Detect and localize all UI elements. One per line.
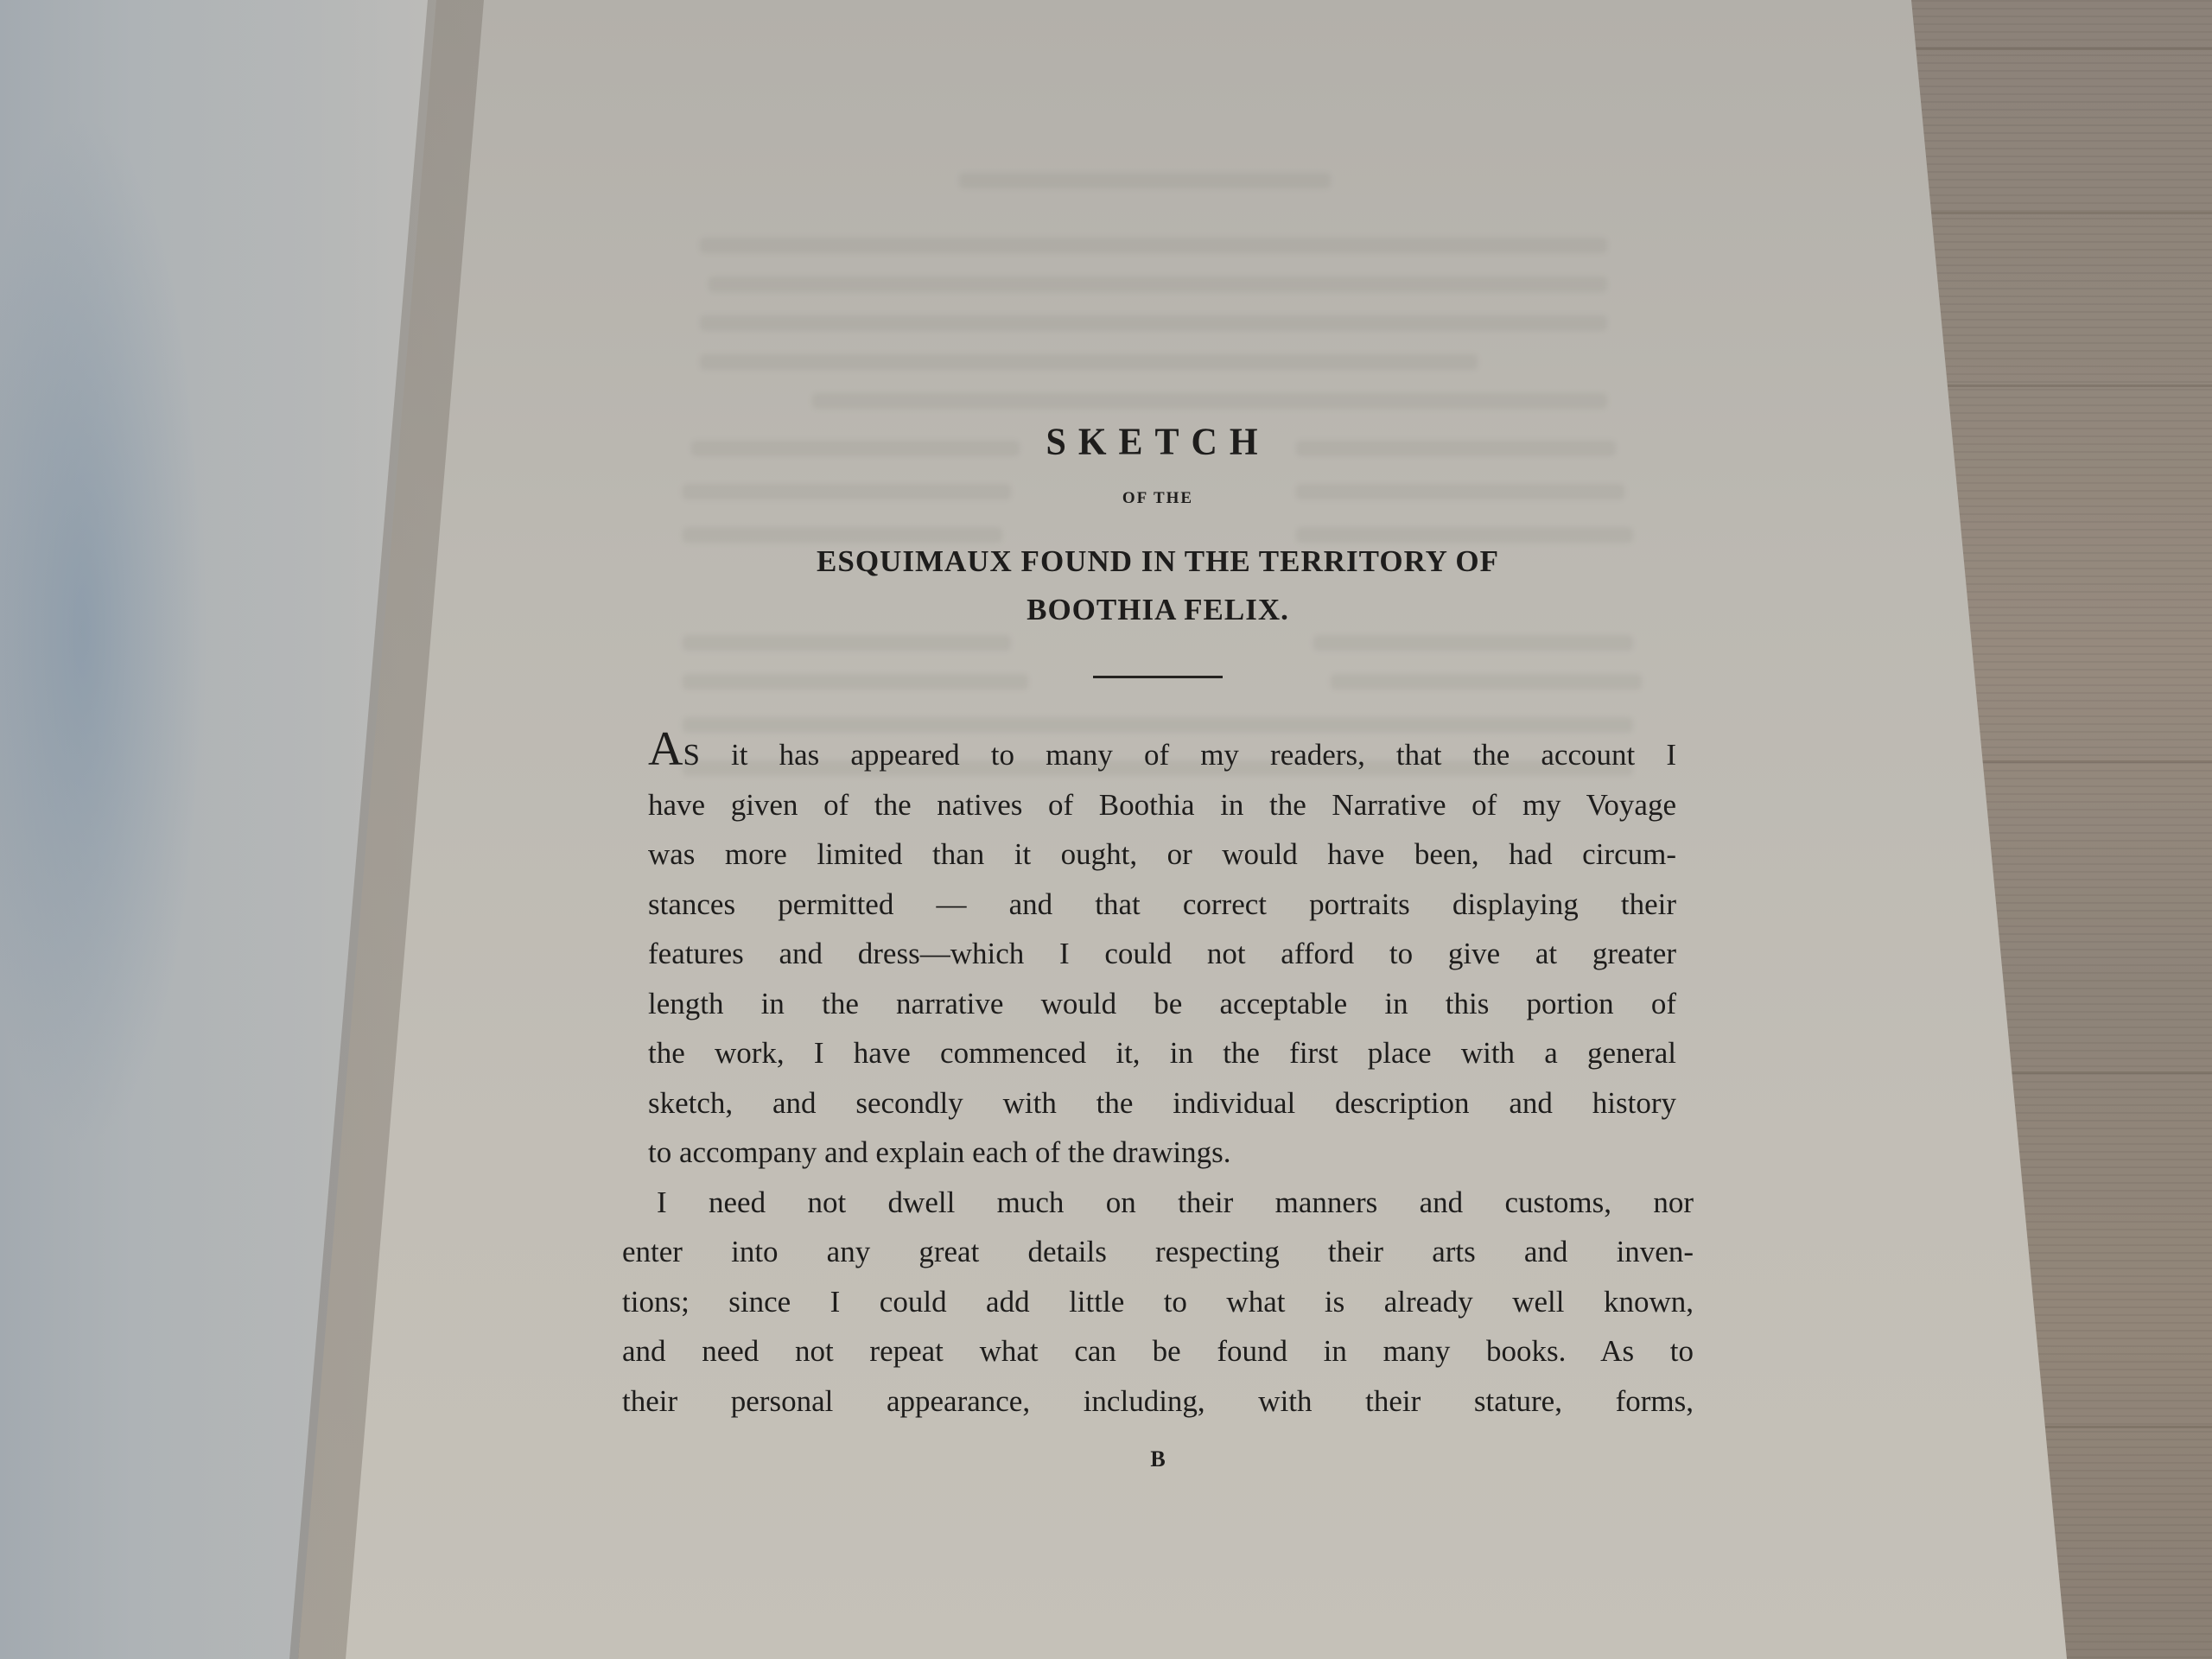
plank-seam <box>1901 385 2212 387</box>
text-line: was more limited than it ought, or would… <box>648 829 1676 880</box>
paragraph-2: I need not dwell much on their manners a… <box>622 1178 1694 1427</box>
page-subtitle: OF THE <box>622 489 1694 508</box>
section-rule <box>1093 676 1223 678</box>
text-line: AS it has appeared to many of my readers… <box>648 730 1676 780</box>
chapter-heading: ESQUIMAUX FOUND IN THE TERRITORY OF BOOT… <box>622 537 1694 634</box>
paragraph-1: AS it has appeared to many of my readers… <box>648 730 1676 1178</box>
heading-line: BOOTHIA FELIX. <box>622 586 1694 634</box>
text-line: I need not dwell much on their manners a… <box>622 1178 1694 1228</box>
text-line: features and dress—which I could not aff… <box>648 929 1676 979</box>
text-line: the work, I have commenced it, in the fi… <box>648 1028 1676 1078</box>
text-line: enter into any great details respecting … <box>622 1227 1694 1277</box>
page-content: SKETCH OF THE ESQUIMAUX FOUND IN THE TER… <box>622 406 1694 1472</box>
text-line: their personal appearance, including, wi… <box>622 1376 1694 1427</box>
text-line: to accompany and explain each of the dra… <box>648 1128 1676 1178</box>
page-title: SKETCH <box>622 421 1694 464</box>
text-line: have given of the natives of Boothia in … <box>648 780 1676 830</box>
signature-mark: B <box>622 1446 1694 1472</box>
text-line: sketch, and secondly with the individual… <box>648 1078 1676 1128</box>
text-line: and need not repeat what can be found in… <box>622 1326 1694 1376</box>
text-line: tions; since I could add little to what … <box>622 1277 1694 1327</box>
drop-cap: A <box>648 722 683 776</box>
plank-seam <box>1901 212 2212 214</box>
text-line: stances permitted — and that correct por… <box>648 880 1676 930</box>
body-text: AS it has appeared to many of my readers… <box>622 730 1694 1426</box>
page-shadow <box>0 112 207 1149</box>
plank-seam <box>1901 48 2212 50</box>
text-line: length in the narrative would be accepta… <box>648 979 1676 1029</box>
heading-line: ESQUIMAUX FOUND IN THE TERRITORY OF <box>622 537 1694 586</box>
